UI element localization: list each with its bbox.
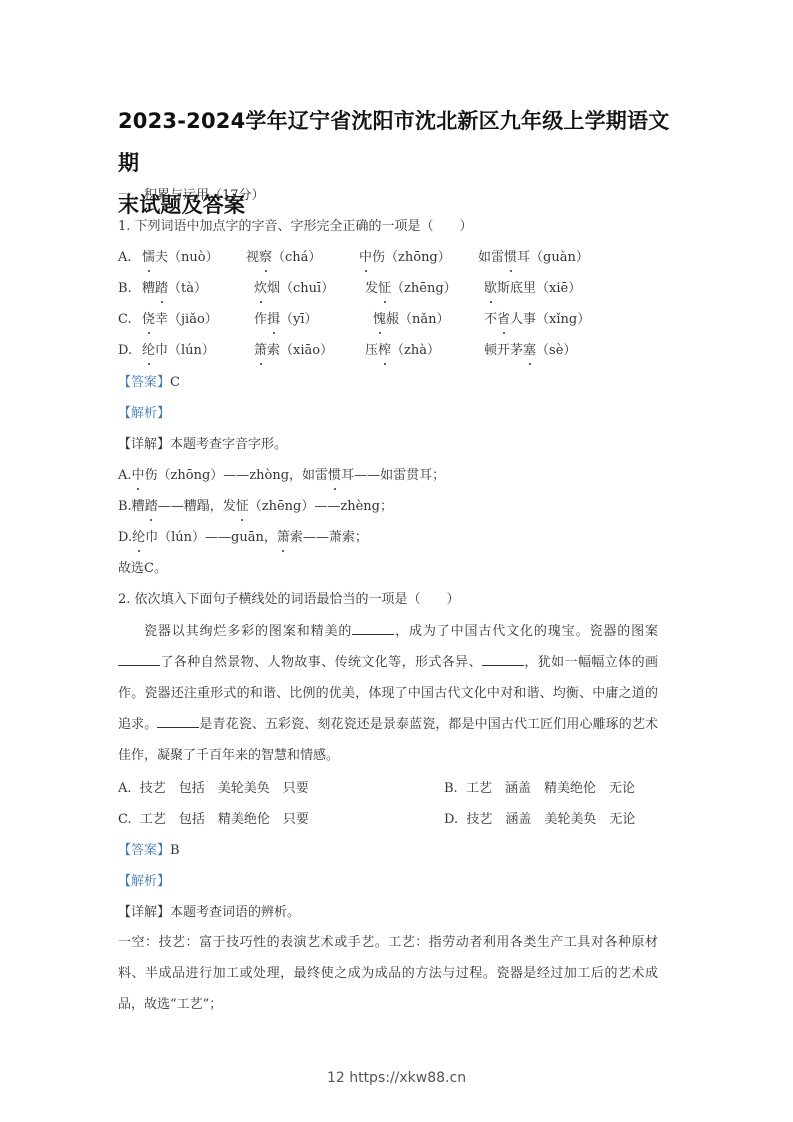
option-item: 纶巾（lún） [142,341,215,361]
option-item: 中伤（zhōng） [359,248,451,268]
answer-line: 【答案】C [118,373,180,393]
question-1-stem: 1. 下列词语中加点字的字音、字形完全正确的一项是（ ） [118,217,473,237]
option-b: B. 工艺 涵盖 精美绝伦 无论 [444,779,635,799]
explain-line: B.糟踏——糟蹋，发怔（zhēng）——zhèng； [118,497,393,517]
option-item: 作揖（yī） [254,310,318,330]
fill-blank [157,713,199,728]
fill-blank [118,651,160,666]
fill-blank [352,620,394,635]
option-item: 如雷惯耳（guàn） [478,248,589,268]
option-item: 愧赧（nǎn） [373,310,450,330]
option-item: 顿开茅塞（sè） [484,341,576,361]
option-item: 炊烟（chuī） [254,279,334,299]
detail-line: 【详解】本题考查字音字形。 [118,435,287,455]
explain-line: D.纶巾（lún）——guān，箫索——萧索； [118,528,368,548]
option-item: 发怔（zhēng） [365,279,457,299]
option-d: D. 技艺 涵盖 美轮美奂 无论 [444,810,635,830]
question-2-stem: 2. 依次填入下面句子横线处的词语最恰当的一项是（ ） [118,590,460,610]
title-line-1: 2023-2024学年辽宁省沈阳市沈北新区九年级上学期语文期 [118,100,688,184]
question-2-passage: 瓷器以其绚烂多彩的图案和精美的，成为了中国古代文化的瑰宝。瓷器的图案了各种自然景… [118,616,658,771]
option-item: 不省人事（xǐng） [484,310,590,330]
option-a: A. 技艺 包括 美轮美奂 只要 [118,779,309,799]
answer-line: 【答案】B [118,841,180,861]
option-item: 视察（chá） [246,248,321,268]
option-c: C. 工艺 包括 精美绝伦 只要 [118,810,309,830]
option-letter: B. [118,279,132,299]
explain-line: A.中伤（zhōng）——zhòng，如雷惯耳——如雷贯耳； [118,466,445,486]
fill-blank [482,651,524,666]
option-item: 歇斯底里（xiē） [484,279,581,299]
option-item: 压榨（zhà） [365,341,440,361]
analysis-label: 【解析】 [118,404,170,424]
section-heading: 一、积累与运用（17分） [118,186,265,206]
option-letter: C. [118,310,132,330]
detail-line: 【详解】本题考查词语的辨析。 [118,903,300,923]
conclusion-line: 故选C。 [118,559,167,579]
option-item: 侥幸（jiǎo） [142,310,218,330]
document-page: 2023-2024学年辽宁省沈阳市沈北新区九年级上学期语文期 末试题及答案 一、… [0,0,793,1122]
explain-paragraph: 一空：技艺：富于技巧性的表演艺术或手艺。工艺：指劳动者利用各类生产工具对各种原材… [118,927,658,1020]
page-footer: 12 https://xkw88.cn [0,1070,793,1086]
option-letter: D. [118,341,132,361]
option-item: 糟踏（tà） [142,279,207,299]
document-title: 2023-2024学年辽宁省沈阳市沈北新区九年级上学期语文期 末试题及答案 [118,100,688,226]
option-item: 箫索（xiāo） [254,341,333,361]
option-item: 懦夫（nuò） [142,248,219,268]
analysis-label: 【解析】 [118,872,170,892]
option-letter: A. [118,248,132,268]
